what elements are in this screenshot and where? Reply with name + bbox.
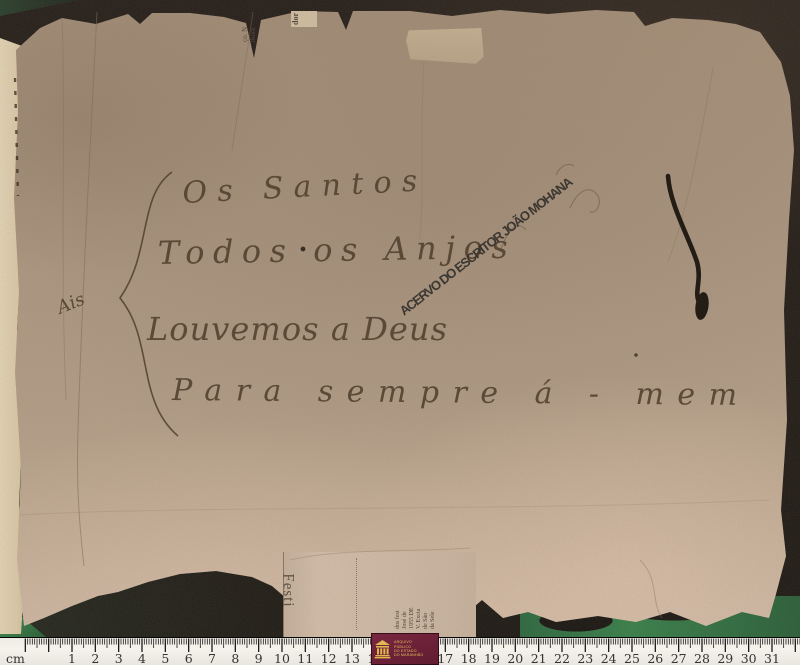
svg-text:31: 31 (764, 651, 780, 665)
svg-text:28: 28 (694, 651, 710, 665)
svg-text:2: 2 (91, 651, 99, 665)
svg-text:12: 12 (321, 651, 337, 665)
svg-text:17: 17 (437, 651, 453, 665)
svg-text:13: 13 (344, 651, 360, 665)
svg-text:30: 30 (741, 651, 757, 665)
svg-text:26: 26 (647, 651, 663, 665)
ink-dot (301, 247, 306, 252)
svg-text:9: 9 (255, 651, 263, 665)
svg-text:6: 6 (185, 651, 193, 665)
archive-badge-text: ARQUIVO PÚBLICO DO ESTADO DO MARANHÃO (394, 640, 423, 658)
svg-text:27: 27 (671, 651, 687, 665)
svg-text:21: 21 (531, 651, 547, 665)
annotation-overlay: Os Santos Todos os Anjos Louvemos a Deus… (0, 0, 800, 665)
svg-text:cm: cm (6, 651, 25, 665)
svg-text:10: 10 (274, 651, 290, 665)
svg-text:20: 20 (507, 651, 523, 665)
archive-badge: ARQUIVO PÚBLICO DO ESTADO DO MARANHÃO (371, 633, 439, 665)
svg-text:25: 25 (624, 651, 640, 665)
building-icon (374, 639, 391, 659)
ink-dot (634, 353, 638, 357)
svg-text:18: 18 (461, 651, 477, 665)
handwriting-line-3: Louvemos a Deus (146, 310, 447, 348)
svg-text:19: 19 (484, 651, 500, 665)
svg-text:8: 8 (231, 651, 239, 665)
svg-text:29: 29 (717, 651, 733, 665)
svg-text:24: 24 (601, 651, 617, 665)
svg-text:4: 4 (138, 651, 146, 665)
svg-text:7: 7 (208, 651, 216, 665)
svg-text:23: 23 (577, 651, 593, 665)
svg-text:5: 5 (161, 651, 169, 665)
svg-text:1: 1 (68, 651, 76, 665)
svg-text:22: 22 (554, 651, 570, 665)
svg-text:11: 11 (297, 651, 313, 665)
svg-text:3: 3 (115, 651, 123, 665)
